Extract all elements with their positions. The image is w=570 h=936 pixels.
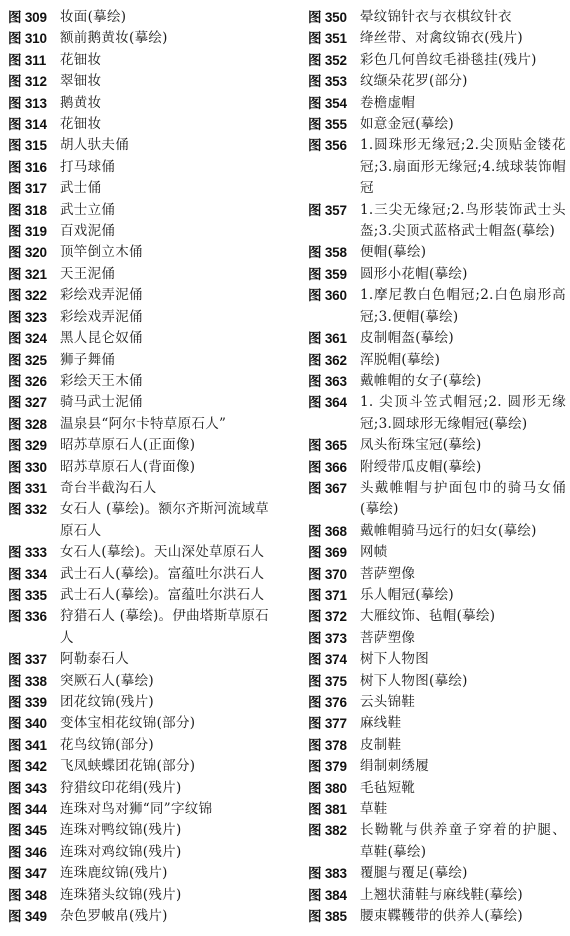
figure-number: 图 378 bbox=[308, 735, 360, 756]
figure-caption: 1. 尖顶斗笠式帽冠;2. 圆形无缘冠;3.圆球形无缘帽冠(摹绘) bbox=[360, 392, 566, 435]
figure-caption: 女石人 (摹绘)。额尔齐斯河流域草原石人 bbox=[60, 499, 270, 542]
figure-number: 图 311 bbox=[8, 50, 60, 71]
figure-caption: 连珠鹿纹锦(残片) bbox=[60, 863, 270, 884]
figure-caption: 骑马武士泥俑 bbox=[60, 392, 270, 413]
figure-number: 图 359 bbox=[308, 264, 360, 285]
figure-caption: 腰束鞢韄带的供养人(摹绘) bbox=[360, 906, 566, 927]
figure-entry: 图 329昭苏草原石人(正面像) bbox=[8, 435, 286, 456]
figure-caption: 1.摩尼教白色帽冠;2.白色扇形高冠;3.便帽(摹绘) bbox=[360, 285, 566, 328]
figure-number: 图 352 bbox=[308, 50, 360, 71]
figure-entry: 图 355如意金冠(摹绘) bbox=[308, 114, 566, 135]
figure-number: 图 329 bbox=[8, 435, 60, 456]
figure-number: 图 371 bbox=[308, 585, 360, 606]
figure-entry: 图 367头戴帷帽与护面包巾的骑马女俑(摹绘) bbox=[308, 478, 566, 521]
figure-number: 图 383 bbox=[308, 863, 360, 884]
figure-caption: 1.三尖无缘冠;2.鸟形装饰武士头盔;3.尖顶式蓝格武士帽盔(摹绘) bbox=[360, 200, 566, 243]
figure-caption: 奇台半截沟石人 bbox=[60, 478, 270, 499]
figure-caption: 头戴帷帽与护面包巾的骑马女俑(摹绘) bbox=[360, 478, 566, 521]
figure-entry: 图 311花钿妆 bbox=[8, 50, 286, 71]
figure-caption: 彩色几何兽纹毛褂毯挂(残片) bbox=[360, 50, 566, 71]
figure-caption: 天王泥俑 bbox=[60, 264, 270, 285]
figure-number: 图 320 bbox=[8, 242, 60, 263]
figure-number: 图 345 bbox=[8, 820, 60, 841]
figure-number: 图 324 bbox=[8, 328, 60, 349]
figure-entry: 图 3561.圆珠形无缘冠;2.尖顶贴金镂花冠;3.扇面形无缘冠;4.绒球装饰帽… bbox=[308, 135, 566, 199]
figure-number: 图 340 bbox=[8, 713, 60, 734]
figure-caption: 草鞋 bbox=[360, 799, 566, 820]
figure-number: 图 310 bbox=[8, 28, 60, 49]
figure-entry: 图 322彩绘戏弄泥俑 bbox=[8, 285, 286, 306]
figure-number: 图 363 bbox=[308, 371, 360, 392]
figure-number: 图 317 bbox=[8, 178, 60, 199]
figure-entry: 图 379绢制刺绣履 bbox=[308, 756, 566, 777]
figure-index-page: 图 309妆面(摹绘)图 310额前鹅黄妆(摹绘)图 311花钿妆图 312翠钿… bbox=[0, 0, 570, 936]
figure-caption: 狩猎石人 (摹绘)。伊曲塔斯草原石人 bbox=[60, 606, 270, 649]
figure-caption: 纹缬朵花罗(部分) bbox=[360, 71, 566, 92]
figure-number: 图 332 bbox=[8, 499, 60, 520]
figure-caption: 彩绘戏弄泥俑 bbox=[60, 285, 270, 306]
figure-caption: 绢制刺绣履 bbox=[360, 756, 566, 777]
figure-caption: 昭苏草原石人(背面像) bbox=[60, 457, 270, 478]
figure-number: 图 361 bbox=[308, 328, 360, 349]
figure-entry: 图 325狮子舞俑 bbox=[8, 350, 286, 371]
figure-number: 图 356 bbox=[308, 135, 360, 156]
figure-caption: 武士俑 bbox=[60, 178, 270, 199]
figure-caption: 武士石人(摹绘)。富蕴吐尔洪石人 bbox=[60, 585, 270, 606]
figure-number: 图 381 bbox=[308, 799, 360, 820]
figure-caption: 温泉县“阿尔卡特草原石人” bbox=[60, 414, 270, 435]
figure-number: 图 322 bbox=[8, 285, 60, 306]
figure-entry: 图 312翠钿妆 bbox=[8, 71, 286, 92]
figure-entry: 图 343狩猎纹印花绢(残片) bbox=[8, 778, 286, 799]
figure-number: 图 346 bbox=[8, 842, 60, 863]
figure-caption: 网帻 bbox=[360, 542, 566, 563]
figure-number: 图 367 bbox=[308, 478, 360, 499]
figure-number: 图 375 bbox=[308, 671, 360, 692]
figure-entry: 图 376云头锦鞋 bbox=[308, 692, 566, 713]
figure-entry: 图 381草鞋 bbox=[308, 799, 566, 820]
figure-entry: 图 336狩猎石人 (摹绘)。伊曲塔斯草原石人 bbox=[8, 606, 286, 649]
figure-caption: 鹅黄妆 bbox=[60, 93, 270, 114]
figure-entry: 图 3571.三尖无缘冠;2.鸟形装饰武士头盔;3.尖顶式蓝格武士帽盔(摹绘) bbox=[308, 200, 566, 243]
left-column: 图 309妆面(摹绘)图 310额前鹅黄妆(摹绘)图 311花钿妆图 312翠钿… bbox=[8, 7, 286, 927]
figure-number: 图 328 bbox=[8, 414, 60, 435]
figure-number: 图 379 bbox=[308, 756, 360, 777]
figure-entry: 图 342飞凤蛱蝶团花锦(部分) bbox=[8, 756, 286, 777]
figure-entry: 图 358便帽(摹绘) bbox=[308, 242, 566, 263]
figure-number: 图 312 bbox=[8, 71, 60, 92]
figure-number: 图 331 bbox=[8, 478, 60, 499]
figure-entry: 图 317武士俑 bbox=[8, 178, 286, 199]
figure-caption: 树下人物图 bbox=[360, 649, 566, 670]
figure-number: 图 334 bbox=[8, 564, 60, 585]
figure-number: 图 374 bbox=[308, 649, 360, 670]
figure-caption: 彩绘戏弄泥俑 bbox=[60, 307, 270, 328]
figure-caption: 长靿靴与供养童子穿着的护腿、草鞋(摹绘) bbox=[360, 820, 566, 863]
figure-number: 图 342 bbox=[8, 756, 60, 777]
figure-number: 图 364 bbox=[308, 392, 360, 413]
figure-number: 图 326 bbox=[8, 371, 60, 392]
figure-entry: 图 382长靿靴与供养童子穿着的护腿、草鞋(摹绘) bbox=[308, 820, 566, 863]
figure-caption: 飞凤蛱蝶团花锦(部分) bbox=[60, 756, 270, 777]
figure-caption: 额前鹅黄妆(摹绘) bbox=[60, 28, 270, 49]
figure-number: 图 339 bbox=[8, 692, 60, 713]
figure-number: 图 335 bbox=[8, 585, 60, 606]
figure-entry: 图 349杂色罗帔帛(残片) bbox=[8, 906, 286, 927]
figure-caption: 圆形小花帽(摹绘) bbox=[360, 264, 566, 285]
figure-entry: 图 377麻线鞋 bbox=[308, 713, 566, 734]
figure-number: 图 362 bbox=[308, 350, 360, 371]
figure-entry: 图 340变体宝相花纹锦(部分) bbox=[8, 713, 286, 734]
figure-caption: 连珠对鸟对狮“同”字纹锦 bbox=[60, 799, 270, 820]
figure-entry: 图 333女石人(摹绘)。天山深处草原石人 bbox=[8, 542, 286, 563]
figure-caption: 凤头衔珠宝冠(摹绘) bbox=[360, 435, 566, 456]
figure-entry: 图 347连珠鹿纹锦(残片) bbox=[8, 863, 286, 884]
figure-entry: 图 315胡人驮夫俑 bbox=[8, 135, 286, 156]
figure-number: 图 384 bbox=[308, 885, 360, 906]
figure-caption: 大雁纹饰、毡帽(摹绘) bbox=[360, 606, 566, 627]
figure-entry: 图 361皮制帽盔(摹绘) bbox=[308, 328, 566, 349]
figure-entry: 图 3601.摩尼教白色帽冠;2.白色扇形高冠;3.便帽(摹绘) bbox=[308, 285, 566, 328]
figure-entry: 图 323彩绘戏弄泥俑 bbox=[8, 307, 286, 328]
figure-caption: 麻线鞋 bbox=[360, 713, 566, 734]
figure-number: 图 353 bbox=[308, 71, 360, 92]
figure-entry: 图 328温泉县“阿尔卡特草原石人” bbox=[8, 414, 286, 435]
figure-number: 图 370 bbox=[308, 564, 360, 585]
figure-number: 图 358 bbox=[308, 242, 360, 263]
figure-number: 图 385 bbox=[308, 906, 360, 927]
figure-entry: 图 332女石人 (摹绘)。额尔齐斯河流域草原石人 bbox=[8, 499, 286, 542]
figure-number: 图 351 bbox=[308, 28, 360, 49]
figure-caption: 1.圆珠形无缘冠;2.尖顶贴金镂花冠;3.扇面形无缘冠;4.绒球装饰帽冠 bbox=[360, 135, 566, 199]
figure-number: 图 321 bbox=[8, 264, 60, 285]
figure-number: 图 314 bbox=[8, 114, 60, 135]
figure-entry: 图 334武士石人(摹绘)。富蕴吐尔洪石人 bbox=[8, 564, 286, 585]
figure-caption: 绛丝带、对禽纹锦衣(残片) bbox=[360, 28, 566, 49]
figure-entry: 图 335武士石人(摹绘)。富蕴吐尔洪石人 bbox=[8, 585, 286, 606]
figure-caption: 菩萨塑像 bbox=[360, 628, 566, 649]
figure-number: 图 373 bbox=[308, 628, 360, 649]
figure-number: 图 357 bbox=[308, 200, 360, 221]
figure-entry: 图 350晕纹锦针衣与衣棋纹针衣 bbox=[308, 7, 566, 28]
figure-entry: 图 351绛丝带、对禽纹锦衣(残片) bbox=[308, 28, 566, 49]
figure-entry: 图 337阿勒泰石人 bbox=[8, 649, 286, 670]
figure-entry: 图 366附绶带瓜皮帽(摹绘) bbox=[308, 457, 566, 478]
figure-entry: 图 318武士立俑 bbox=[8, 200, 286, 221]
figure-entry: 图 319百戏泥俑 bbox=[8, 221, 286, 242]
figure-caption: 树下人物图(摹绘) bbox=[360, 671, 566, 692]
figure-caption: 武士立俑 bbox=[60, 200, 270, 221]
figure-entry: 图 320顶竿倒立木俑 bbox=[8, 242, 286, 263]
figure-number: 图 377 bbox=[308, 713, 360, 734]
figure-entry: 图 362浑脱帽(摹绘) bbox=[308, 350, 566, 371]
figure-entry: 图 378皮制鞋 bbox=[308, 735, 566, 756]
figure-entry: 图 374树下人物图 bbox=[308, 649, 566, 670]
figure-number: 图 369 bbox=[308, 542, 360, 563]
figure-number: 图 348 bbox=[8, 885, 60, 906]
figure-caption: 毛毡短靴 bbox=[360, 778, 566, 799]
figure-entry: 图 339团花纹锦(残片) bbox=[8, 692, 286, 713]
figure-entry: 图 352彩色几何兽纹毛褂毯挂(残片) bbox=[308, 50, 566, 71]
figure-number: 图 354 bbox=[308, 93, 360, 114]
figure-caption: 狮子舞俑 bbox=[60, 350, 270, 371]
figure-caption: 皮制鞋 bbox=[360, 735, 566, 756]
figure-number: 图 368 bbox=[308, 521, 360, 542]
figure-entry: 图 321天王泥俑 bbox=[8, 264, 286, 285]
figure-caption: 如意金冠(摹绘) bbox=[360, 114, 566, 135]
figure-number: 图 382 bbox=[308, 820, 360, 841]
figure-caption: 昭苏草原石人(正面像) bbox=[60, 435, 270, 456]
figure-caption: 戴帷帽骑马远行的妇女(摹绘) bbox=[360, 521, 566, 542]
figure-number: 图 309 bbox=[8, 7, 60, 28]
figure-number: 图 327 bbox=[8, 392, 60, 413]
figure-caption: 团花纹锦(残片) bbox=[60, 692, 270, 713]
figure-entry: 图 344连珠对鸟对狮“同”字纹锦 bbox=[8, 799, 286, 820]
figure-caption: 彩绘天王木俑 bbox=[60, 371, 270, 392]
figure-entry: 图 346连珠对鸡纹锦(残片) bbox=[8, 842, 286, 863]
figure-entry: 图 384上翘状蒲鞋与麻线鞋(摹绘) bbox=[308, 885, 566, 906]
figure-caption: 变体宝相花纹锦(部分) bbox=[60, 713, 270, 734]
figure-caption: 连珠猪头纹锦(残片) bbox=[60, 885, 270, 906]
figure-number: 图 366 bbox=[308, 457, 360, 478]
figure-entry: 图 370菩萨塑像 bbox=[308, 564, 566, 585]
figure-entry: 图 309妆面(摹绘) bbox=[8, 7, 286, 28]
figure-number: 图 350 bbox=[308, 7, 360, 28]
figure-caption: 晕纹锦针衣与衣棋纹针衣 bbox=[360, 7, 566, 28]
figure-caption: 上翘状蒲鞋与麻线鞋(摹绘) bbox=[360, 885, 566, 906]
right-column: 图 350晕纹锦针衣与衣棋纹针衣图 351绛丝带、对禽纹锦衣(残片)图 352彩… bbox=[308, 7, 566, 927]
figure-entry: 图 341花鸟纹锦(部分) bbox=[8, 735, 286, 756]
figure-number: 图 372 bbox=[308, 606, 360, 627]
figure-entry: 图 354卷檐虚帽 bbox=[308, 93, 566, 114]
figure-number: 图 376 bbox=[308, 692, 360, 713]
figure-entry: 图 375树下人物图(摹绘) bbox=[308, 671, 566, 692]
figure-caption: 连珠对鸡纹锦(残片) bbox=[60, 842, 270, 863]
figure-number: 图 341 bbox=[8, 735, 60, 756]
figure-caption: 杂色罗帔帛(残片) bbox=[60, 906, 270, 927]
figure-entry: 图 368戴帷帽骑马远行的妇女(摹绘) bbox=[308, 521, 566, 542]
figure-caption: 乐人帽冠(摹绘) bbox=[360, 585, 566, 606]
figure-entry: 图 369网帻 bbox=[308, 542, 566, 563]
figure-entry: 图 314花钿妆 bbox=[8, 114, 286, 135]
figure-entry: 图 353纹缬朵花罗(部分) bbox=[308, 71, 566, 92]
figure-caption: 浑脱帽(摹绘) bbox=[360, 350, 566, 371]
figure-number: 图 319 bbox=[8, 221, 60, 242]
figure-entry: 图 313鹅黄妆 bbox=[8, 93, 286, 114]
figure-entry: 图 327骑马武士泥俑 bbox=[8, 392, 286, 413]
figure-number: 图 337 bbox=[8, 649, 60, 670]
figure-caption: 戴帷帽的女子(摹绘) bbox=[360, 371, 566, 392]
figure-number: 图 330 bbox=[8, 457, 60, 478]
figure-entry: 图 383覆腿与覆足(摹绘) bbox=[308, 863, 566, 884]
figure-caption: 武士石人(摹绘)。富蕴吐尔洪石人 bbox=[60, 564, 270, 585]
figure-caption: 胡人驮夫俑 bbox=[60, 135, 270, 156]
figure-entry: 图 373菩萨塑像 bbox=[308, 628, 566, 649]
figure-entry: 图 345连珠对鸭纹锦(残片) bbox=[8, 820, 286, 841]
figure-caption: 女石人(摹绘)。天山深处草原石人 bbox=[60, 542, 270, 563]
figure-caption: 连珠对鸭纹锦(残片) bbox=[60, 820, 270, 841]
figure-caption: 卷檐虚帽 bbox=[360, 93, 566, 114]
figure-caption: 妆面(摹绘) bbox=[60, 7, 270, 28]
figure-entry: 图 363戴帷帽的女子(摹绘) bbox=[308, 371, 566, 392]
figure-caption: 花鸟纹锦(部分) bbox=[60, 735, 270, 756]
figure-number: 图 338 bbox=[8, 671, 60, 692]
figure-entry: 图 331奇台半截沟石人 bbox=[8, 478, 286, 499]
figure-caption: 顶竿倒立木俑 bbox=[60, 242, 270, 263]
figure-number: 图 323 bbox=[8, 307, 60, 328]
figure-entry: 图 385腰束鞢韄带的供养人(摹绘) bbox=[308, 906, 566, 927]
figure-number: 图 325 bbox=[8, 350, 60, 371]
figure-caption: 狩猎纹印花绢(残片) bbox=[60, 778, 270, 799]
figure-entry: 图 371乐人帽冠(摹绘) bbox=[308, 585, 566, 606]
figure-entry: 图 359圆形小花帽(摹绘) bbox=[308, 264, 566, 285]
figure-number: 图 315 bbox=[8, 135, 60, 156]
figure-entry: 图 338突厥石人(摹绘) bbox=[8, 671, 286, 692]
figure-number: 图 318 bbox=[8, 200, 60, 221]
figure-entry: 图 365凤头衔珠宝冠(摹绘) bbox=[308, 435, 566, 456]
figure-number: 图 365 bbox=[308, 435, 360, 456]
figure-number: 图 344 bbox=[8, 799, 60, 820]
figure-entry: 图 310额前鹅黄妆(摹绘) bbox=[8, 28, 286, 49]
figure-entry: 图 3641. 尖顶斗笠式帽冠;2. 圆形无缘冠;3.圆球形无缘帽冠(摹绘) bbox=[308, 392, 566, 435]
figure-caption: 黑人昆仑奴俑 bbox=[60, 328, 270, 349]
figure-entry: 图 372大雁纹饰、毡帽(摹绘) bbox=[308, 606, 566, 627]
figure-caption: 翠钿妆 bbox=[60, 71, 270, 92]
figure-caption: 突厥石人(摹绘) bbox=[60, 671, 270, 692]
figure-entry: 图 348连珠猪头纹锦(残片) bbox=[8, 885, 286, 906]
figure-caption: 阿勒泰石人 bbox=[60, 649, 270, 670]
figure-caption: 附绶带瓜皮帽(摹绘) bbox=[360, 457, 566, 478]
figure-caption: 皮制帽盔(摹绘) bbox=[360, 328, 566, 349]
figure-caption: 云头锦鞋 bbox=[360, 692, 566, 713]
figure-number: 图 347 bbox=[8, 863, 60, 884]
figure-caption: 便帽(摹绘) bbox=[360, 242, 566, 263]
figure-entry: 图 324黑人昆仑奴俑 bbox=[8, 328, 286, 349]
figure-entry: 图 326彩绘天王木俑 bbox=[8, 371, 286, 392]
figure-number: 图 343 bbox=[8, 778, 60, 799]
figure-entry: 图 330昭苏草原石人(背面像) bbox=[8, 457, 286, 478]
figure-number: 图 333 bbox=[8, 542, 60, 563]
figure-number: 图 349 bbox=[8, 906, 60, 927]
figure-caption: 花钿妆 bbox=[60, 114, 270, 135]
figure-number: 图 316 bbox=[8, 157, 60, 178]
figure-number: 图 313 bbox=[8, 93, 60, 114]
figure-entry: 图 316打马球俑 bbox=[8, 157, 286, 178]
figure-number: 图 355 bbox=[308, 114, 360, 135]
figure-caption: 花钿妆 bbox=[60, 50, 270, 71]
figure-caption: 百戏泥俑 bbox=[60, 221, 270, 242]
figure-caption: 菩萨塑像 bbox=[360, 564, 566, 585]
figure-caption: 打马球俑 bbox=[60, 157, 270, 178]
figure-number: 图 360 bbox=[308, 285, 360, 306]
figure-caption: 覆腿与覆足(摹绘) bbox=[360, 863, 566, 884]
figure-number: 图 336 bbox=[8, 606, 60, 627]
figure-number: 图 380 bbox=[308, 778, 360, 799]
figure-entry: 图 380毛毡短靴 bbox=[308, 778, 566, 799]
